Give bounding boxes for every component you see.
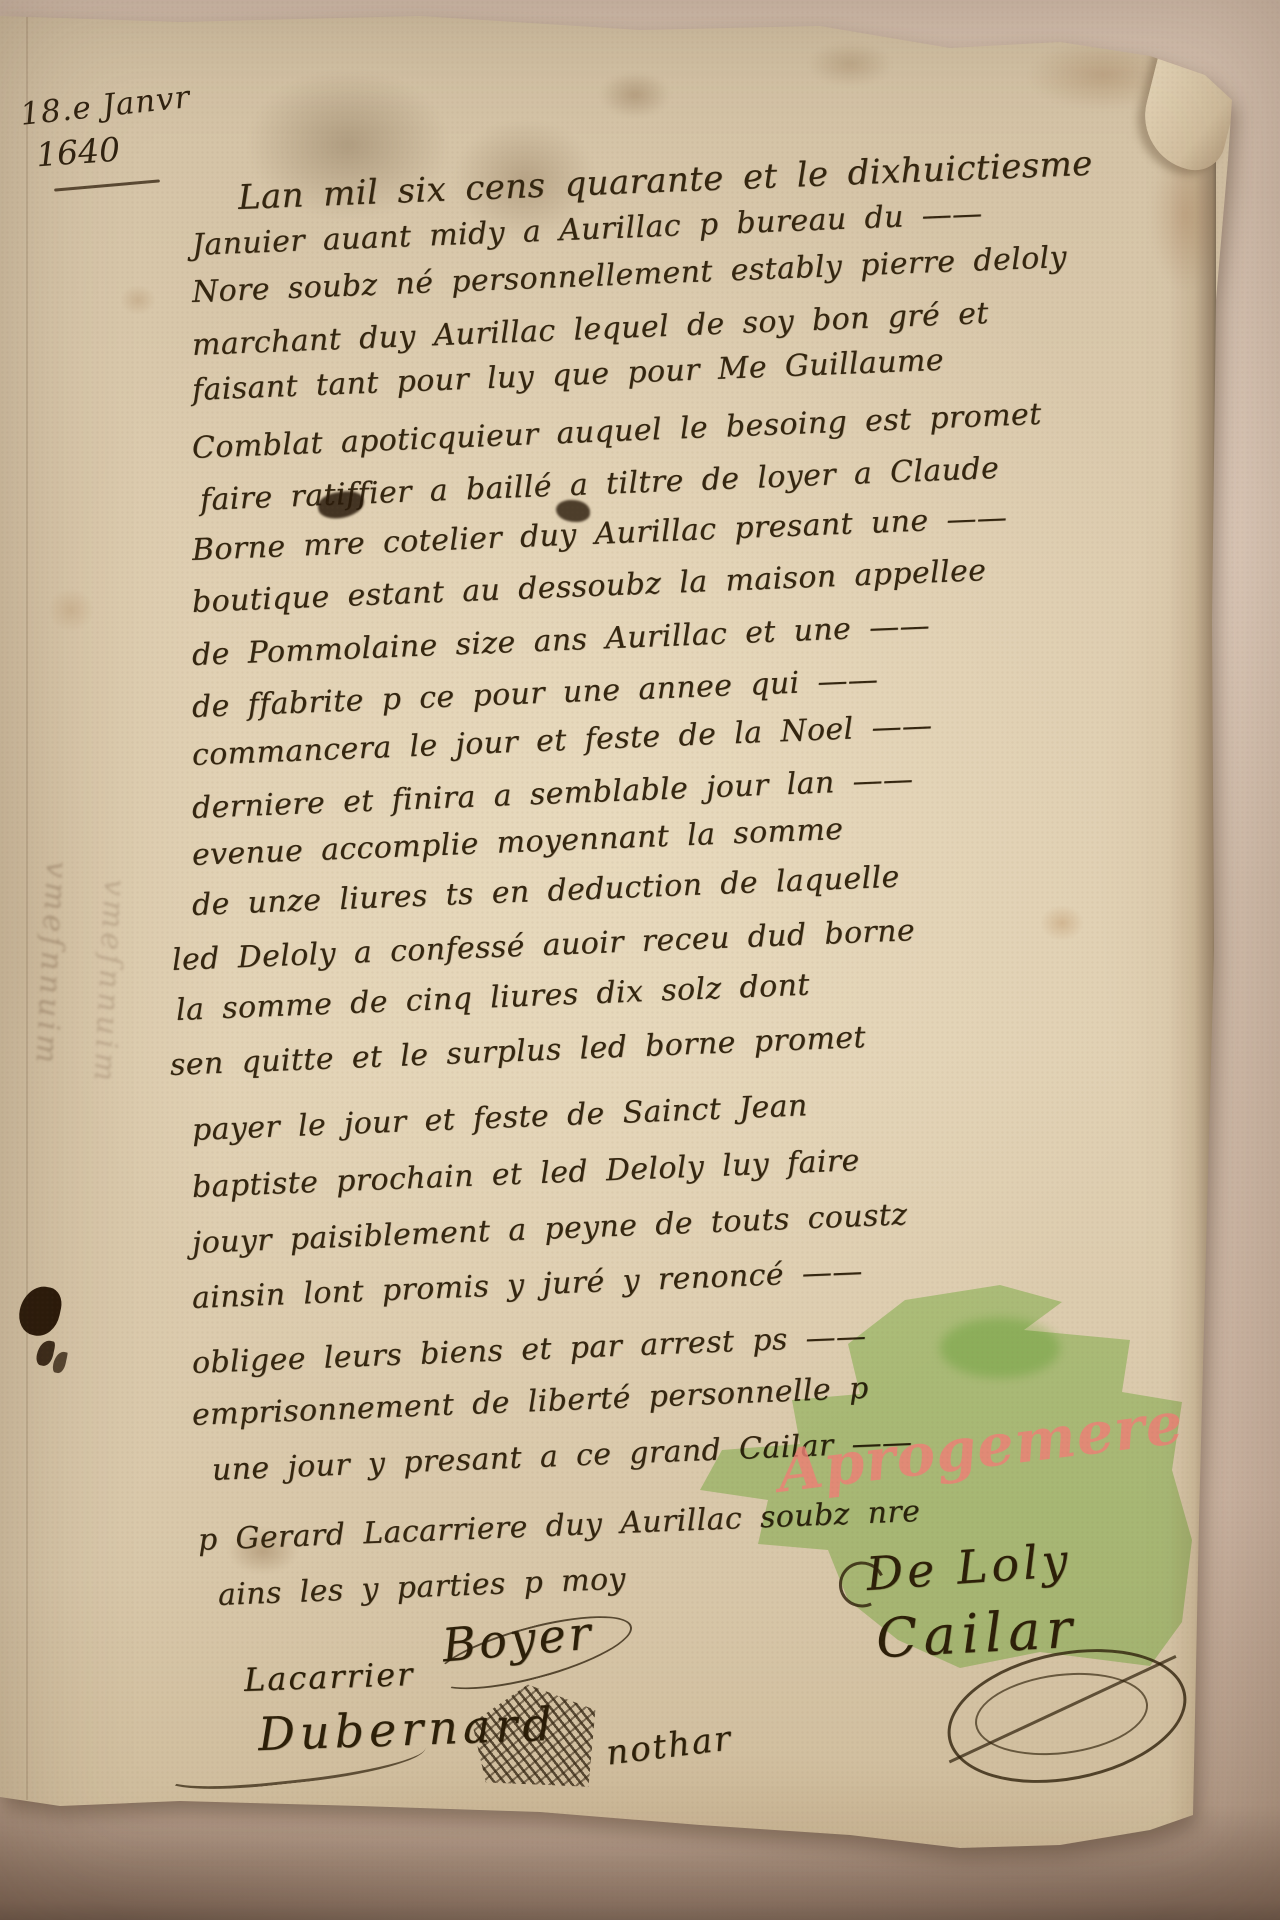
signature-lacarrier: Lacarrier xyxy=(243,1655,415,1699)
photographed-manuscript: { "margin_note": { "date_line1": "18.e J… xyxy=(0,0,1280,1920)
manuscript-line: jouyr paisiblement a peyne de touts cous… xyxy=(191,1197,908,1261)
manuscript-line: p Gerard Lacarriere duy Aurillac soubz n… xyxy=(197,1494,921,1558)
manuscript-line: emprisonnement de liberté personnelle p xyxy=(191,1371,869,1433)
manuscript-line: obligee leurs biens et par arrest ps —— xyxy=(191,1319,867,1381)
paper-page: 18.e Janvr 1640 Lan mil six cens quarant… xyxy=(0,0,1280,1920)
manuscript-line: une jour y presant a ce grand Cailar —— xyxy=(211,1425,913,1488)
manuscript-line: de Pommolaine size ans Aurillac et une —… xyxy=(191,608,930,673)
paper-surface: 18.e Janvr 1640 Lan mil six cens quarant… xyxy=(0,0,1280,1920)
manuscript-line: baptiste prochain et led Deloly luy fair… xyxy=(191,1143,860,1205)
manuscript-line: de unze liures ts en deduction de laquel… xyxy=(191,860,900,923)
manuscript-line: la somme de cinq liures dix solz dont xyxy=(175,968,810,1028)
manuscript-line: sen quitte et le surplus led borne prome… xyxy=(169,1020,866,1083)
manuscript-line: payer le jour et feste de Sainct Jean xyxy=(191,1088,808,1148)
manuscript-line: ains les y parties p moy xyxy=(217,1562,626,1613)
manuscript-line: ainsin lont promis y juré y renoncé —— xyxy=(191,1254,863,1316)
